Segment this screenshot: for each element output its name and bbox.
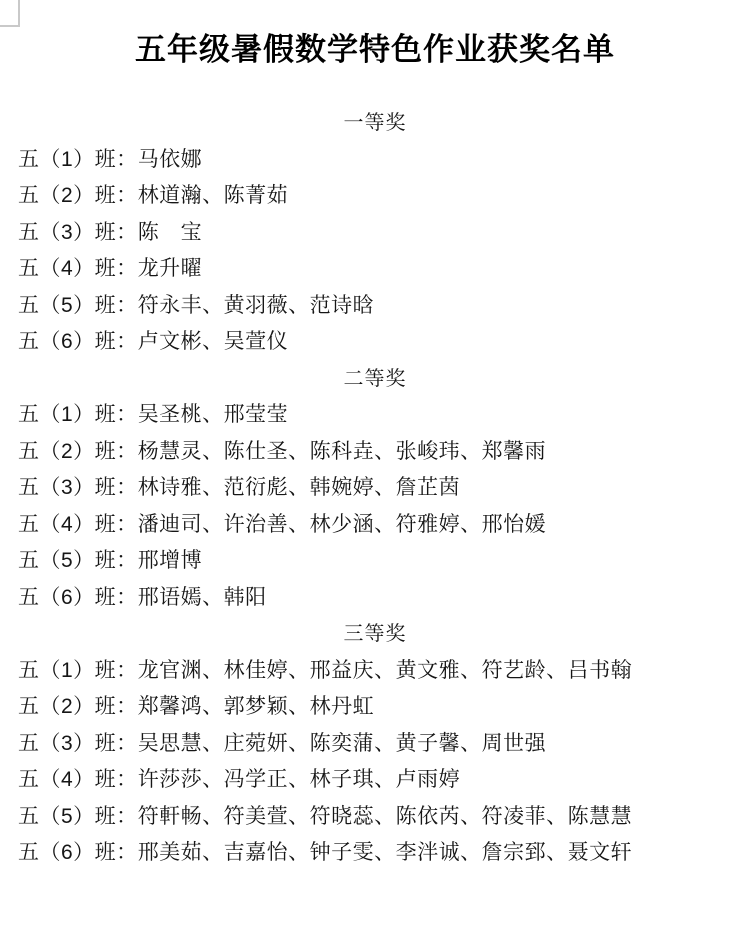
award-row: 五（4）班：龙升曜 xyxy=(0,251,750,288)
award-row: 五（5）班：符軒畅、符美萱、符晓蕊、陈依芮、符凌菲、陈慧慧 xyxy=(0,799,750,836)
winner-names: 龙升曜 xyxy=(138,257,203,280)
winner-names: 符軒畅、符美萱、符晓蕊、陈依芮、符凌菲、陈慧慧 xyxy=(138,805,633,828)
award-row: 五（5）班：符永丰、黄羽薇、范诗晗 xyxy=(0,288,750,325)
corner-mark-vertical-line xyxy=(18,0,20,26)
winner-names: 马依娜 xyxy=(138,148,203,171)
winner-names: 吴圣桃、邢莹莹 xyxy=(138,403,289,426)
winner-names: 邢美茹、吉嘉怡、钟子雯、李泮诚、詹宗郅、聂文轩 xyxy=(138,841,633,864)
winner-names: 潘迪司、许治善、林少涵、符雅婷、邢怡媛 xyxy=(138,513,547,536)
class-label: 五（1）班： xyxy=(18,148,138,171)
award-document-page: 五年级暑假数学特色作业获奖名单 一等奖 五（1）班：马依娜 五（2）班：林道瀚、… xyxy=(0,0,750,948)
winner-names: 邢增博 xyxy=(138,549,203,572)
page-title: 五年级暑假数学特色作业获奖名单 xyxy=(0,0,750,62)
award-row: 五（3）班：吴思慧、庄菀妍、陈奕蒲、黄子馨、周世强 xyxy=(0,726,750,763)
award-row: 五（3）班：林诗雅、范衍彪、韩婉婷、詹芷茵 xyxy=(0,470,750,507)
winner-names: 吴思慧、庄菀妍、陈奕蒲、黄子馨、周世强 xyxy=(138,732,547,755)
award-row: 五（2）班：郑馨鸿、郭梦颖、林丹虹 xyxy=(0,689,750,726)
award-row: 五（6）班：邢美茹、吉嘉怡、钟子雯、李泮诚、詹宗郅、聂文轩 xyxy=(0,835,750,872)
award-row: 五（1）班：马依娜 xyxy=(0,142,750,179)
corner-mark-horizontal-line xyxy=(0,25,20,27)
class-label: 五（6）班： xyxy=(18,586,138,609)
class-label: 五（3）班： xyxy=(18,476,138,499)
section-heading-third-prize: 三等奖 xyxy=(0,616,750,653)
class-label: 五（1）班： xyxy=(18,659,138,682)
class-label: 五（5）班： xyxy=(18,294,138,317)
award-row: 五（2）班：杨慧灵、陈仕圣、陈科垚、张峻玮、郑馨雨 xyxy=(0,434,750,471)
award-row: 五（3）班：陈 宝 xyxy=(0,215,750,252)
winner-names: 龙官渊、林佳婷、邢益庆、黄文雅、符艺龄、吕书翰 xyxy=(138,659,633,682)
award-row: 五（1）班：龙官渊、林佳婷、邢益庆、黄文雅、符艺龄、吕书翰 xyxy=(0,653,750,690)
section-heading-first-prize: 一等奖 xyxy=(0,105,750,142)
class-label: 五（6）班： xyxy=(18,330,138,353)
class-label: 五（5）班： xyxy=(18,805,138,828)
winner-names: 林道瀚、陈菁茹 xyxy=(138,184,289,207)
award-row: 五（5）班：邢增博 xyxy=(0,543,750,580)
section-heading-second-prize: 二等奖 xyxy=(0,361,750,398)
class-label: 五（3）班： xyxy=(18,221,138,244)
class-label: 五（2）班： xyxy=(18,440,138,463)
winner-names: 卢文彬、吴萱仪 xyxy=(138,330,289,353)
class-label: 五（5）班： xyxy=(18,549,138,572)
class-label: 五（4）班： xyxy=(18,257,138,280)
winner-names: 郑馨鸿、郭梦颖、林丹虹 xyxy=(138,695,375,718)
award-row: 五（1）班：吴圣桃、邢莹莹 xyxy=(0,397,750,434)
winner-names: 许莎莎、冯学正、林子琪、卢雨婷 xyxy=(138,768,461,791)
award-row: 五（6）班：卢文彬、吴萱仪 xyxy=(0,324,750,361)
class-label: 五（2）班： xyxy=(18,695,138,718)
winner-names: 杨慧灵、陈仕圣、陈科垚、张峻玮、郑馨雨 xyxy=(138,440,547,463)
class-label: 五（3）班： xyxy=(18,732,138,755)
class-label: 五（6）班： xyxy=(18,841,138,864)
class-label: 五（1）班： xyxy=(18,403,138,426)
winner-names: 邢语嫣、韩阳 xyxy=(138,586,267,609)
award-row: 五（6）班：邢语嫣、韩阳 xyxy=(0,580,750,617)
class-label: 五（2）班： xyxy=(18,184,138,207)
winner-names: 符永丰、黄羽薇、范诗晗 xyxy=(138,294,375,317)
award-row: 五（2）班：林道瀚、陈菁茹 xyxy=(0,178,750,215)
class-label: 五（4）班： xyxy=(18,768,138,791)
award-row: 五（4）班：许莎莎、冯学正、林子琪、卢雨婷 xyxy=(0,762,750,799)
winner-names: 陈 宝 xyxy=(138,221,203,244)
class-label: 五（4）班： xyxy=(18,513,138,536)
award-row: 五（4）班：潘迪司、许治善、林少涵、符雅婷、邢怡媛 xyxy=(0,507,750,544)
winner-names: 林诗雅、范衍彪、韩婉婷、詹芷茵 xyxy=(138,476,461,499)
